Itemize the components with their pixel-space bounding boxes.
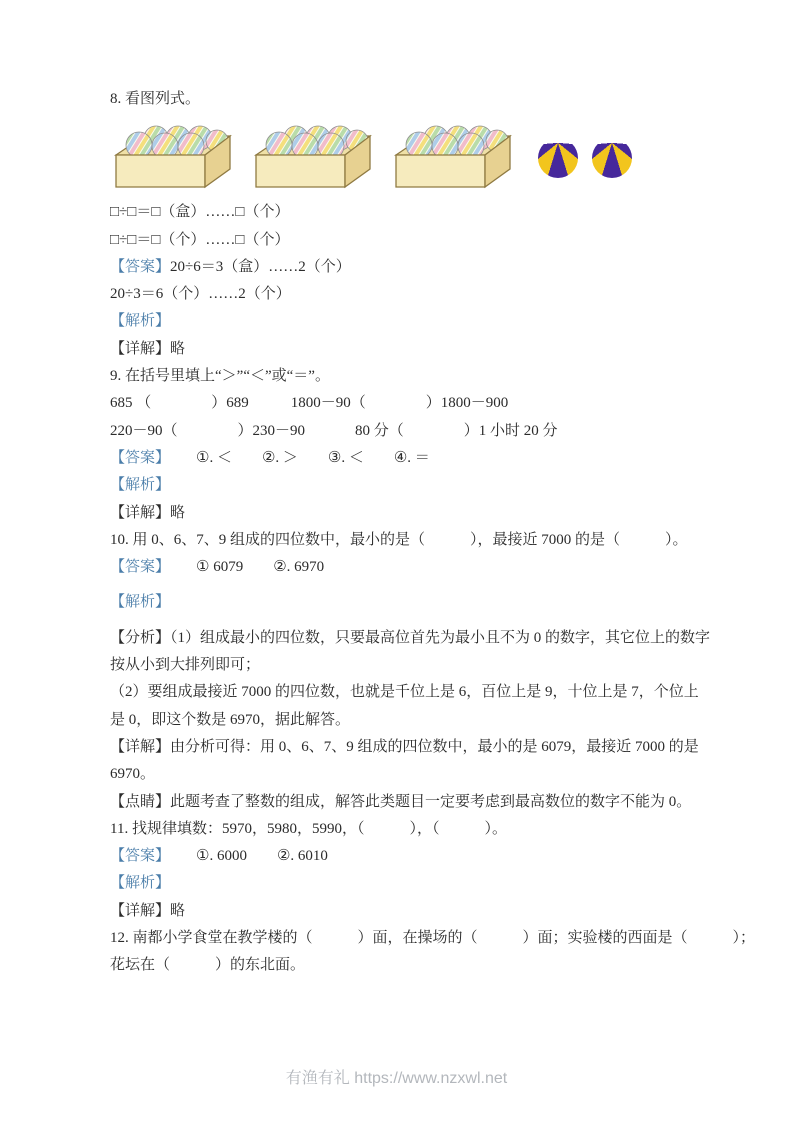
- q10-analysis-text-2: 按从小到大排列即可；: [110, 652, 695, 679]
- q9-analysis-line: 【解析】: [110, 472, 695, 499]
- q8-illustration: [110, 116, 695, 194]
- q11-answer-items: ①. 6000 ②. 6010: [196, 848, 328, 864]
- answer-label: 【答案】: [110, 848, 170, 864]
- q9-title: 9. 在括号里填上“＞”“＜”或“＝”。: [110, 363, 695, 390]
- q8-analysis-line: 【解析】: [110, 308, 695, 335]
- q8-detail-line: 【详解】略: [110, 336, 695, 363]
- q10-answer-items: ① 6079 ②. 6970: [196, 559, 324, 575]
- q8-blank-equation-2: □÷□＝□（个）……□（个）: [110, 227, 695, 254]
- worksheet-content: 8. 看图列式。: [110, 86, 695, 980]
- q10-analysis-line: 【解析】: [110, 589, 695, 616]
- q10-title: 10. 用 0、6、7、9 组成的四位数中，最小的是（ ），最接近 7000 的…: [110, 527, 695, 554]
- q10-analysis-text-1: 【分析】（1）组成最小的四位数，只要最高位首先为最小且不为 0 的数字，其它位上…: [110, 625, 695, 652]
- answer-label: 【答案】: [110, 450, 170, 466]
- q8-answer-line-2: 20÷3＝6（个）……2（个）: [110, 281, 695, 308]
- q11-title: 11. 找规律填数：5970，5980，5990，（ ），（ ）。: [110, 816, 695, 843]
- ball-box-graphic: [110, 117, 236, 193]
- question-10: 10. 用 0、6、7、9 组成的四位数中，最小的是（ ），最接近 7000 的…: [110, 527, 695, 816]
- q9-row2-left: 220－90（ ）230－90: [110, 423, 305, 439]
- q12-text-line-2: 花坛在（ ）的东北面。: [110, 952, 695, 979]
- q12-text-line-1: 12. 南都小学食堂在教学楼的（ ）面，在操场的（ ）面；实验楼的西面是（ ）；: [110, 925, 695, 952]
- q9-answer-items: ①. ＜ ②. ＞ ③. ＜ ④. ＝: [196, 450, 430, 466]
- q10-detail-text-2: 6970。: [110, 761, 695, 788]
- answer-label: 【答案】: [110, 259, 170, 275]
- answer-label: 【答案】: [110, 559, 170, 575]
- box-front-face: [256, 155, 345, 187]
- footer-watermark: 有渔有礼 https://www.nzxwl.net: [0, 1065, 793, 1088]
- question-8: 8. 看图列式。: [110, 86, 695, 363]
- worksheet-page: 8. 看图列式。: [0, 0, 793, 1122]
- q11-answer-line: 【答案】①. 6000 ②. 6010: [110, 843, 695, 870]
- analysis-label: 【解析】: [110, 477, 170, 493]
- analysis-label: 【解析】: [110, 875, 170, 891]
- q8-answer-text-1: 20÷6＝3（盒）……2（个）: [170, 259, 351, 275]
- question-12: 12. 南都小学食堂在教学楼的（ ）面，在操场的（ ）面；实验楼的西面是（ ）；…: [110, 925, 695, 980]
- q8-title: 8. 看图列式。: [110, 86, 695, 113]
- q9-row1-left: 685 （ ）689: [110, 395, 249, 411]
- beach-ball-graphic: [592, 138, 632, 178]
- q11-detail-line: 【详解】略: [110, 898, 695, 925]
- analysis-label: 【解析】: [110, 313, 170, 329]
- ball-box-graphic: [390, 117, 516, 193]
- question-9: 9. 在括号里填上“＞”“＜”或“＝”。 685 （ ）6891800－90（ …: [110, 363, 695, 527]
- q11-analysis-line: 【解析】: [110, 870, 695, 897]
- ball-box-graphic: [250, 117, 376, 193]
- analysis-label: 【解析】: [110, 594, 170, 610]
- q10-detail-text-1: 【详解】由分析可得：用 0、6、7、9 组成的四位数中，最小的是 6079，最接…: [110, 734, 695, 761]
- q9-compare-row-1: 685 （ ）6891800－90（ ）1800－900: [110, 390, 695, 417]
- q9-detail-line: 【详解】略: [110, 500, 695, 527]
- q8-answer-line-1: 【答案】20÷6＝3（盒）……2（个）: [110, 254, 695, 281]
- q8-blank-equation-1: □÷□＝□（盒）……□（个）: [110, 199, 695, 226]
- beach-ball-graphic: [538, 138, 578, 178]
- q10-answer-line: 【答案】① 6079 ②. 6970: [110, 554, 695, 581]
- q9-row1-right: 1800－90（ ）1800－900: [291, 395, 509, 411]
- q10-analysis-text-3: （2）要组成最接近 7000 的四位数，也就是千位上是 6，百位上是 9，十位上…: [110, 679, 695, 706]
- question-11: 11. 找规律填数：5970，5980，5990，（ ），（ ）。 【答案】①.…: [110, 816, 695, 925]
- box-front-face: [116, 155, 205, 187]
- q9-answer-line: 【答案】①. ＜ ②. ＞ ③. ＜ ④. ＝: [110, 445, 695, 472]
- q9-row2-right: 80 分（ ）1 小时 20 分: [355, 423, 558, 439]
- box-front-face: [396, 155, 485, 187]
- q10-analysis-text-4: 是 0，即这个数是 6970，据此解答。: [110, 707, 695, 734]
- q9-compare-row-2: 220－90（ ）230－9080 分（ ）1 小时 20 分: [110, 418, 695, 445]
- q10-note-line: 【点睛】此题考查了整数的组成，解答此类题目一定要考虑到最高数位的数字不能为 0。: [110, 789, 695, 816]
